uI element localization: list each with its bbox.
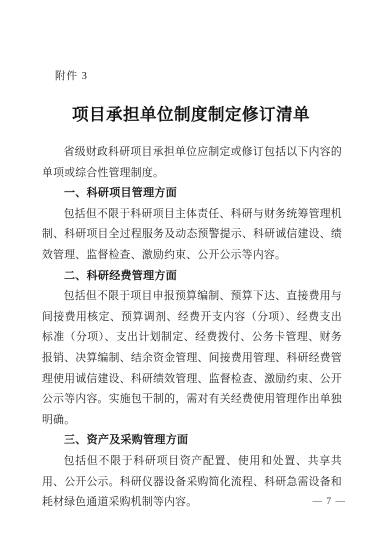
section-body-2: 包括但不限于项目申报预算编制、预算下达、直接费用与间接费用核定、预算调剂、经费开… [42, 286, 342, 430]
section-heading-1: 一、科研项目管理方面 [42, 183, 342, 204]
page-title: 项目承担单位制度制定修订清单 [0, 101, 382, 125]
section-body-1: 包括但不限于科研项目主体责任、科研与财务统筹管理机制、科研项目全过程服务及动态预… [42, 204, 342, 266]
section-body-3: 包括但不限于科研项目资产配置、使用和处置、共享共用、公开公示。科研仪器设备采购简… [42, 451, 342, 513]
section-heading-3: 三、资产及采购管理方面 [42, 430, 342, 451]
document-body: 省级财政科研项目承担单位应制定或修订包括以下内容的单项或综合性管理制度。 一、科… [42, 142, 342, 513]
intro-paragraph: 省级财政科研项目承担单位应制定或修订包括以下内容的单项或综合性管理制度。 [42, 142, 342, 183]
attachment-label: 附件 3 [55, 68, 88, 83]
section-heading-2: 二、科研经费管理方面 [42, 266, 342, 287]
page-number: — 7 — [313, 497, 347, 507]
document-page: 附件 3 项目承担单位制度制定修订清单 省级财政科研项目承担单位应制定或修订包括… [0, 0, 382, 550]
